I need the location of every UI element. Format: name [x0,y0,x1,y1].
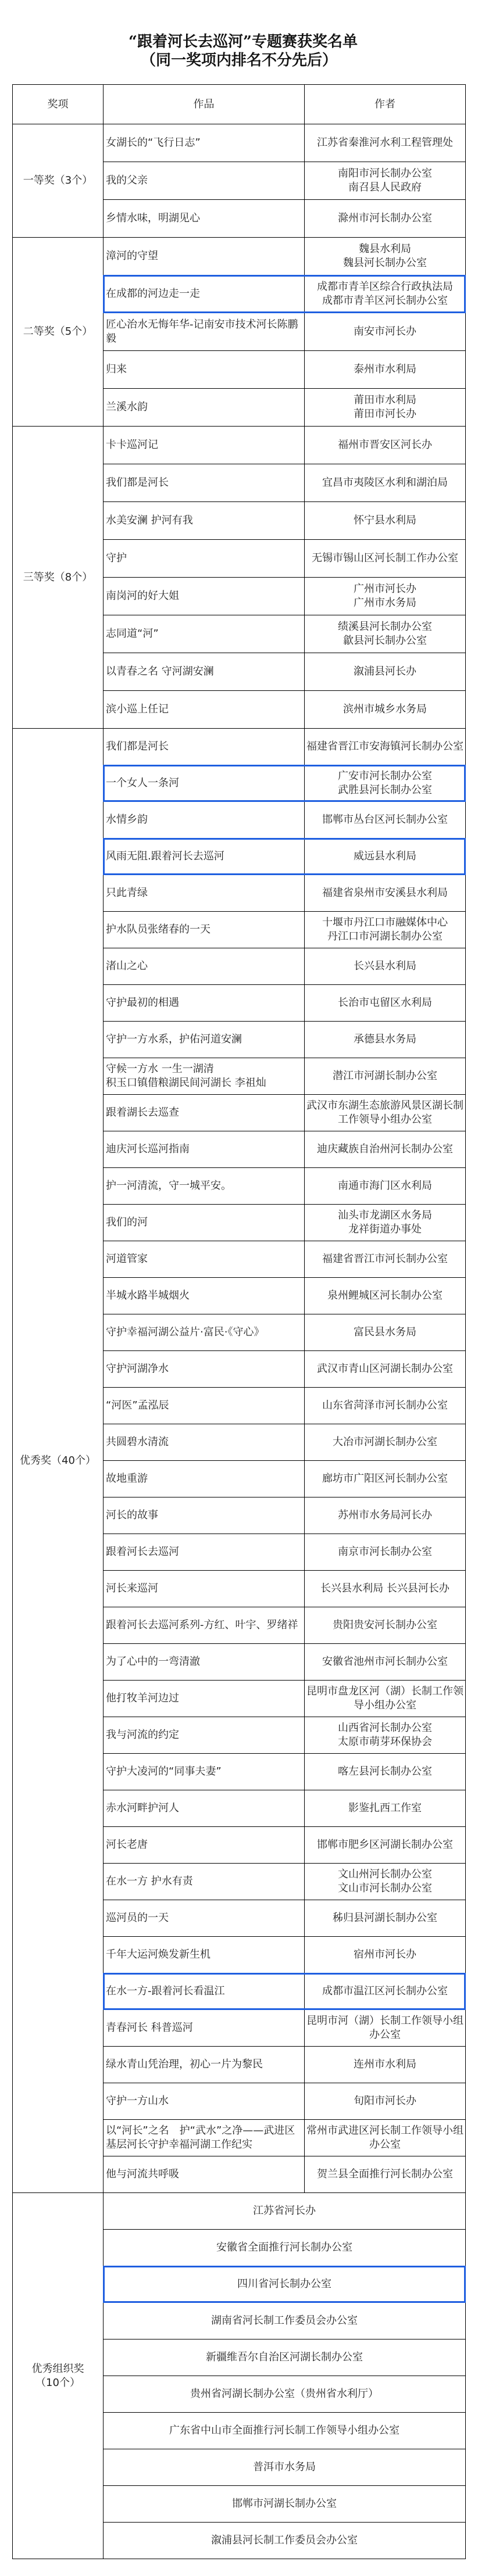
work-title-cell: 女湖长的“飞行日志” [104,124,305,162]
author-cell: 文山州河长制办公室 文山市河长制办公室 [305,1864,466,1900]
table-row: 守护无锡市锡山区河长制工作办公室 [104,540,466,578]
work-title-cell: 一个女人一条河 [104,765,305,802]
author-cell: 福建省晋江市安海镇河长制办公室 [305,729,466,765]
table-row: 护一河清流，守一城平安。南通市海门区水利局 [104,1168,466,1205]
work-title-cell: 守护一方山水 [104,2083,305,2120]
author-cell: 长兴县水利局 长兴县河长办 [305,1571,466,1607]
header-award: 奖项 [13,85,104,124]
work-title-cell: 守护河湖净水 [104,1351,305,1388]
work-title-cell: 渚山之心 [104,948,305,985]
author-cell: 宜昌市夷陵区水利和湖泊局 [305,464,466,502]
table-row: 守护最初的相遇长治市屯留区水利局 [104,985,466,1022]
author-cell: 邯郸市肥乡区河湖长制办公室 [305,1827,466,1864]
work-title-cell: 他与河流共呼吸 [104,2156,305,2193]
table-row: 跟着河长去巡河系列-方红、叶宇、罗绪祥贵阳贵安河长制办公室 [104,1607,466,1644]
organization-cell: 四川省河长制办公室 [104,2266,466,2303]
table-row: 在水一方-跟着河长看温江成都市温江区河长制办公室 [104,1973,466,2010]
table-row: 他打牧羊河边过昆明市盘龙区河（湖）长制工作领导小组办公室 [104,1681,466,1717]
table-row: 守护一方山水旬阳市河长办 [104,2083,466,2120]
author-cell: 贺兰县全面推行河长制办公室 [305,2156,466,2193]
author-cell: 廊坊市广阳区河长制办公室 [305,1461,466,1497]
author-cell: 滁州市河长制办公室 [305,200,466,238]
table-row: 湖南省河长制工作委员会办公室 [104,2303,466,2339]
author-cell: 宿州市河长办 [305,1937,466,1973]
organization-cell: 普洱市水务局 [104,2449,466,2486]
table-row: 守护大凌河的“同事夫妻”喀左县河长制办公室 [104,1754,466,1790]
author-cell: 旬阳市河长办 [305,2083,466,2120]
author-cell: 常州市武进区河长制工作领导小组办公室 [305,2120,466,2156]
work-title-cell: 在成都的河边走一走 [104,275,305,313]
awards-table: 奖项 作品 作者 一等奖（3个） 女湖长的“飞行日志”江苏省秦淮河水利工程管理处… [12,84,466,2559]
work-title-cell: 只此青绿 [104,875,305,912]
work-title-cell: 共圆碧水清流 [104,1424,305,1461]
organization-cell: 湖南省河长制工作委员会办公室 [104,2303,466,2339]
award-group-organization: 优秀组织奖 （10个） 江苏省河长办 安徽省全面推行河长制办公室 四川省河长制办… [13,2193,466,2559]
work-title-cell: 他打牧羊河边过 [104,1681,305,1717]
table-row: 只此青绿福建省泉州市安溪县水利局 [104,875,466,912]
work-title-cell: 河道管家 [104,1241,305,1278]
author-cell: 南阳市河长制办公室 南召县人民政府 [305,162,466,200]
table-row: 女湖长的“飞行日志”江苏省秦淮河水利工程管理处 [104,124,466,162]
work-title-cell: 风雨无阻.跟着河长去巡河 [104,839,305,875]
table-row: 卡卡巡河记福州市晋安区河长办 [104,427,466,464]
author-cell: 连州市水利局 [305,2047,466,2083]
author-cell: 南安市河长办 [305,313,466,351]
work-title-cell: 河长的故事 [104,1497,305,1534]
author-cell: 武汉市东湖生态旅游风景区湖长制工作领导小组办公室 [305,1095,466,1131]
award-group-first-prize: 一等奖（3个） 女湖长的“飞行日志”江苏省秦淮河水利工程管理处 我的父亲南阳市河… [13,124,466,238]
work-title-cell: 归来 [104,351,305,389]
author-cell: 泰州市水利局 [305,351,466,389]
author-cell: 福州市晋安区河长办 [305,427,466,464]
document-title: “跟着河长去巡河”专题赛获奖名单 [0,33,478,51]
table-row: 我们的河汕头市龙湖区水务局 龙祥街道办事处 [104,1205,466,1241]
table-row: 巡河员的一天秭归县河湖长制办公室 [104,1900,466,1937]
author-cell: 广州市河长办 广州市水务局 [305,578,466,615]
table-row: 故地重游廊坊市广阳区河长制办公室 [104,1461,466,1497]
award-category-label: 一等奖（3个） [13,124,104,238]
table-row: 赤水河畔护河人影鉴扎西工作室 [104,1790,466,1827]
table-row: 安徽省全面推行河长制办公室 [104,2230,466,2266]
work-title-cell: 巡河员的一天 [104,1900,305,1937]
table-row: 兰溪水韵莆田市水利局 莆田市河长办 [104,389,466,427]
award-group-third-prize: 三等奖（8个） 卡卡巡河记福州市晋安区河长办 我们都是河长宜昌市夷陵区水利和湖泊… [13,427,466,729]
award-rows: 漳河的守望魏县水利局 魏县河长制办公室 在成都的河边走一走成都市青羊区综合行政执… [104,238,466,427]
work-title-cell: 兰溪水韵 [104,389,305,427]
organization-cell: 新疆维吾尔自治区河湖长制办公室 [104,2339,466,2376]
work-title-cell: 守护幸福河湖公益片·富民·《守心》 [104,1314,305,1351]
work-title-cell: 在水一方-跟着河长看温江 [104,1973,305,2010]
table-row: 风雨无阻.跟着河长去巡河威远县水利局 [104,839,466,875]
table-row: 河长来巡河长兴县水利局 长兴县河长办 [104,1571,466,1607]
table-row: 南岗河的好大姐广州市河长办 广州市水务局 [104,578,466,615]
work-title-cell: 乡情水味，明湖见心 [104,200,305,238]
author-cell: 魏县水利局 魏县河长制办公室 [305,238,466,275]
table-row: “河医”孟泓辰山东省菏泽市河长制办公室 [104,1388,466,1424]
work-title-cell: 以“河长”之名 护“武水”之净——武进区基层河长守护幸福河湖工作纪实 [104,2120,305,2156]
table-row: 以青春之名 守河湖安澜溆浦县河长办 [104,653,466,691]
author-cell: 福建省泉州市安溪县水利局 [305,875,466,912]
table-row: 他与河流共呼吸贺兰县全面推行河长制办公室 [104,2156,466,2193]
work-title-cell: 水美安澜 护河有我 [104,502,305,540]
author-cell: 福建省晋江市河长制办公室 [305,1241,466,1278]
work-title-cell: 守护 [104,540,305,578]
work-title-cell: 跟着河长去巡河系列-方红、叶宇、罗绪祥 [104,1607,305,1644]
award-rows: 女湖长的“飞行日志”江苏省秦淮河水利工程管理处 我的父亲南阳市河长制办公室 南召… [104,124,466,238]
table-row: 水美安澜 护河有我怀宁县水利局 [104,502,466,540]
award-rows: 我们都是河长福建省晋江市安海镇河长制办公室 一个女人一条河广安市河长制办公室 武… [104,729,466,2193]
work-title-cell: 河长来巡河 [104,1571,305,1607]
table-row: 贵州省河湖长制办公室（贵州省水利厅） [104,2376,466,2413]
table-row: 河道管家福建省晋江市河长制办公室 [104,1241,466,1278]
table-row: 志同道“河”绩溪县河长制办公室 歙县河长制办公室 [104,615,466,653]
work-title-cell: 漳河的守望 [104,238,305,275]
author-cell: 汕头市龙湖区水务局 龙祥街道办事处 [305,1205,466,1241]
table-row: 半城水路半城烟火泉州鲤城区河长制办公室 [104,1278,466,1314]
work-title-cell: 守护大凌河的“同事夫妻” [104,1754,305,1790]
table-row: 乡情水味，明湖见心滁州市河长制办公室 [104,200,466,238]
work-title-cell: 守候一方水 一生一湖清 积玉口镇借粮湖民间河湖长 李祖灿 [104,1058,305,1095]
work-title-cell: 卡卡巡河记 [104,427,305,464]
author-cell: 山东省菏泽市河长制办公室 [305,1388,466,1424]
author-cell: 无锡市锡山区河长制工作办公室 [305,540,466,578]
author-cell: 江苏省秦淮河水利工程管理处 [305,124,466,162]
table-row: 广东省中山市全面推行河长制工作领导小组办公室 [104,2413,466,2449]
table-row: 在成都的河边走一走成都市青羊区综合行政执法局 成都市青羊区河长制办公室 [104,275,466,313]
author-cell: 承德县水务局 [305,1022,466,1058]
author-cell: 潜江市河湖长制办公室 [305,1058,466,1095]
work-title-cell: 水情乡韵 [104,802,305,839]
work-title-cell: 守护最初的相遇 [104,985,305,1022]
table-header-row: 奖项 作品 作者 [13,85,466,124]
work-title-cell: 守护一方水系，护佑河道安澜 [104,1022,305,1058]
author-cell: 溆浦县河长办 [305,653,466,691]
author-cell: 南京市河长制办公室 [305,1534,466,1571]
table-row: 匠心治水无悔年华-记南安市技术河长陈鹏毅南安市河长办 [104,313,466,351]
work-title-cell: 半城水路半城烟火 [104,1278,305,1314]
author-cell: 秭归县河湖长制办公室 [305,1900,466,1937]
table-row: 在水一方 护水有责文山州河长制办公室 文山市河长制办公室 [104,1864,466,1900]
work-title-cell: 青春河长 科普巡河 [104,2010,305,2047]
table-row: 迪庆河长巡河指南迪庆藏族自治州河长制办公室 [104,1131,466,1168]
table-row: 河长老唐邯郸市肥乡区河湖长制办公室 [104,1827,466,1864]
award-category-label: 三等奖（8个） [13,427,104,729]
work-title-cell: 故地重游 [104,1461,305,1497]
table-row: 一个女人一条河广安市河长制办公室 武胜县河长制办公室 [104,765,466,802]
author-cell: 富民县水务局 [305,1314,466,1351]
table-row: 青春河长 科普巡河昆明市河（湖）长制工作领导小组办公室 [104,2010,466,2047]
author-cell: 南通市海门区水利局 [305,1168,466,1205]
header-author: 作者 [305,85,466,124]
table-row: 我们都是河长宜昌市夷陵区水利和湖泊局 [104,464,466,502]
author-cell: 喀左县河长制办公室 [305,1754,466,1790]
author-cell: 贵阳贵安河长制办公室 [305,1607,466,1644]
table-row: 守候一方水 一生一湖清 积玉口镇借粮湖民间河湖长 李祖灿潜江市河湖长制办公室 [104,1058,466,1095]
award-category-label: 优秀奖（40个） [13,729,104,2193]
award-rows: 卡卡巡河记福州市晋安区河长办 我们都是河长宜昌市夷陵区水利和湖泊局 水美安澜 护… [104,427,466,729]
work-title-cell: 南岗河的好大姐 [104,578,305,615]
table-row: 我的父亲南阳市河长制办公室 南召县人民政府 [104,162,466,200]
author-cell: 滨州市城乡水务局 [305,691,466,729]
organization-cell: 江苏省河长办 [104,2193,466,2230]
award-category-label: 二等奖（5个） [13,238,104,427]
work-title-cell: 绿水青山凭治理，初心一片为黎民 [104,2047,305,2083]
work-title-cell: 迪庆河长巡河指南 [104,1131,305,1168]
award-group-excellence: 优秀奖（40个） 我们都是河长福建省晋江市安海镇河长制办公室 一个女人一条河广安… [13,729,466,2193]
table-row: 千年大运河焕发新生机宿州市河长办 [104,1937,466,1973]
author-cell: 影鉴扎西工作室 [305,1790,466,1827]
author-cell: 怀宁县水利局 [305,502,466,540]
organization-cell: 贵州省河湖长制办公室（贵州省水利厅） [104,2376,466,2413]
work-title-cell: 我的父亲 [104,162,305,200]
author-cell: 武汉市青山区河湖长制办公室 [305,1351,466,1388]
table-row: 滨小巡上任记滨州市城乡水务局 [104,691,466,729]
work-title-cell: 我们的河 [104,1205,305,1241]
table-row: 漳河的守望魏县水利局 魏县河长制办公室 [104,238,466,275]
work-title-cell: 护一河清流，守一城平安。 [104,1168,305,1205]
author-cell: 安徽省池州市河长制办公室 [305,1644,466,1681]
table-row: 江苏省河长办 [104,2193,466,2230]
header-work: 作品 [104,85,305,124]
table-row: 守护幸福河湖公益片·富民·《守心》富民县水务局 [104,1314,466,1351]
author-cell: 昆明市盘龙区河（湖）长制工作领导小组办公室 [305,1681,466,1717]
author-cell: 泉州鲤城区河长制办公室 [305,1278,466,1314]
organization-cell: 邯郸市河湖长制办公室 [104,2486,466,2523]
table-row: 新疆维吾尔自治区河湖长制办公室 [104,2339,466,2376]
table-row: 归来泰州市水利局 [104,351,466,389]
table-row: 绿水青山凭治理，初心一片为黎民连州市水利局 [104,2047,466,2083]
work-title-cell: 以青春之名 守河湖安澜 [104,653,305,691]
table-row: 河长的故事苏州市水务局河长办 [104,1497,466,1534]
work-title-cell: 在水一方 护水有责 [104,1864,305,1900]
award-category-label: 优秀组织奖 （10个） [13,2193,104,2559]
work-title-cell: 我们都是河长 [104,464,305,502]
table-row: 溆浦县河长制工作委员会办公室 [104,2523,466,2559]
author-cell: 成都市青羊区综合行政执法局 成都市青羊区河长制办公室 [305,275,466,313]
author-cell: 长治市屯留区水利局 [305,985,466,1022]
table-row: 共圆碧水清流大冶市河湖长制办公室 [104,1424,466,1461]
table-row: 以“河长”之名 护“武水”之净——武进区基层河长守护幸福河湖工作纪实常州市武进区… [104,2120,466,2156]
table-row: 为了心中的一弯清澈安徽省池州市河长制办公室 [104,1644,466,1681]
author-cell: 迪庆藏族自治州河长制办公室 [305,1131,466,1168]
work-title-cell: 河长老唐 [104,1827,305,1864]
table-row: 我们都是河长福建省晋江市安海镇河长制办公室 [104,729,466,765]
author-cell: 山西省河长制办公室 太原市萌芽环保协会 [305,1717,466,1754]
work-title-cell: 跟着湖长去巡查 [104,1095,305,1131]
award-group-second-prize: 二等奖（5个） 漳河的守望魏县水利局 魏县河长制办公室 在成都的河边走一走成都市… [13,238,466,427]
author-cell: 长兴县水利局 [305,948,466,985]
table-row: 渚山之心长兴县水利局 [104,948,466,985]
author-cell: 绩溪县河长制办公室 歙县河长制办公室 [305,615,466,653]
work-title-cell: 志同道“河” [104,615,305,653]
work-title-cell: 跟着河长去巡河 [104,1534,305,1571]
table-row: 守护河湖净水武汉市青山区河湖长制办公室 [104,1351,466,1388]
work-title-cell: 我与河流的约定 [104,1717,305,1754]
table-row: 跟着湖长去巡查武汉市东湖生态旅游风景区湖长制工作领导小组办公室 [104,1095,466,1131]
work-title-cell: 护水队员张绪春的一天 [104,912,305,948]
table-row: 邯郸市河湖长制办公室 [104,2486,466,2523]
organization-cell: 安徽省全面推行河长制办公室 [104,2230,466,2266]
work-title-cell: “河医”孟泓辰 [104,1388,305,1424]
work-title-cell: 匠心治水无悔年华-记南安市技术河长陈鹏毅 [104,313,305,351]
table-row: 我与河流的约定山西省河长制办公室 太原市萌芽环保协会 [104,1717,466,1754]
work-title-cell: 为了心中的一弯清澈 [104,1644,305,1681]
author-cell: 威远县水利局 [305,839,466,875]
table-row: 水情乡韵邯郸市丛台区河长制办公室 [104,802,466,839]
work-title-cell: 我们都是河长 [104,729,305,765]
work-title-cell: 赤水河畔护河人 [104,1790,305,1827]
document-subtitle: （同一奖项内排名不分先后） [0,51,478,70]
table-row: 守护一方水系，护佑河道安澜承德县水务局 [104,1022,466,1058]
table-row: 护水队员张绪春的一天十堰市丹江口市融媒体中心 丹江口市河湖长制办公室 [104,912,466,948]
author-cell: 成都市温江区河长制办公室 [305,1973,466,2010]
author-cell: 苏州市水务局河长办 [305,1497,466,1534]
organization-cell: 溆浦县河长制工作委员会办公室 [104,2523,466,2559]
organization-cell: 广东省中山市全面推行河长制工作领导小组办公室 [104,2413,466,2449]
author-cell: 十堰市丹江口市融媒体中心 丹江口市河湖长制办公室 [305,912,466,948]
table-row: 跟着河长去巡河南京市河长制办公室 [104,1534,466,1571]
work-title-cell: 滨小巡上任记 [104,691,305,729]
author-cell: 莆田市水利局 莆田市河长办 [305,389,466,427]
author-cell: 广安市河长制办公室 武胜县河长制办公室 [305,765,466,802]
award-rows: 江苏省河长办 安徽省全面推行河长制办公室 四川省河长制办公室 湖南省河长制工作委… [104,2193,466,2559]
author-cell: 大冶市河湖长制办公室 [305,1424,466,1461]
table-row: 普洱市水务局 [104,2449,466,2486]
table-row: 四川省河长制办公室 [104,2266,466,2303]
author-cell: 邯郸市丛台区河长制办公室 [305,802,466,839]
author-cell: 昆明市河（湖）长制工作领导小组办公室 [305,2010,466,2047]
work-title-cell: 千年大运河焕发新生机 [104,1937,305,1973]
